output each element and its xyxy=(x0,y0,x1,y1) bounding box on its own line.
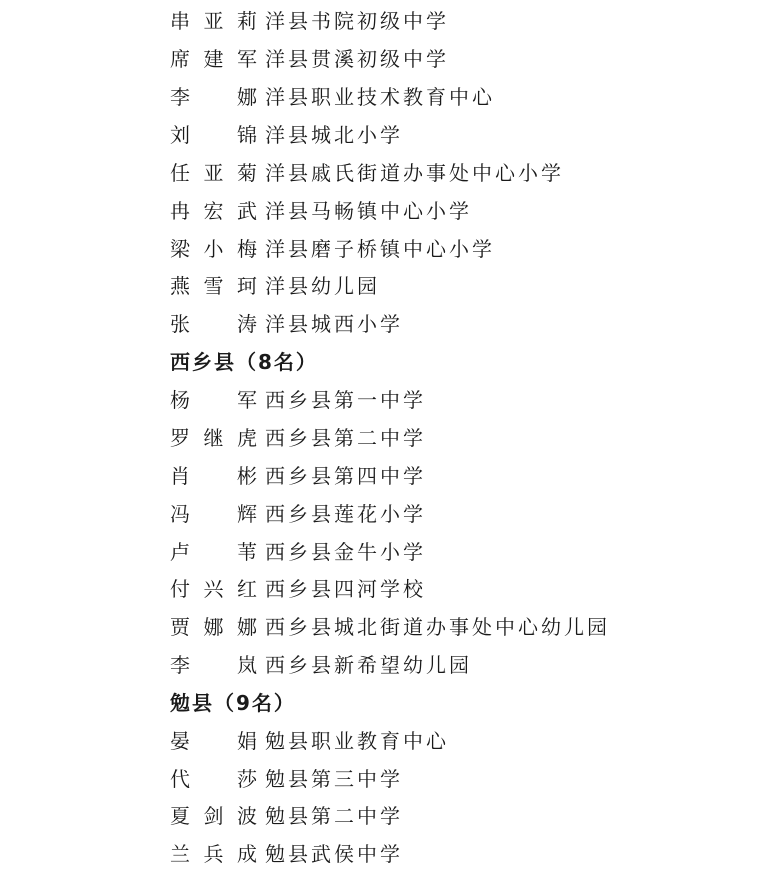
organization: 西乡县莲花小学 xyxy=(265,495,426,533)
person-name: 夏剑波 xyxy=(170,797,260,835)
organization: 洋县戚氏街道办事处中心小学 xyxy=(265,154,564,192)
person-name: 串亚莉 xyxy=(170,2,260,40)
person-name: 兰兵成 xyxy=(170,835,260,873)
person-name: 卢苇 xyxy=(170,533,260,571)
section-heading-mianxian: 勉县（9名） xyxy=(170,684,296,722)
organization: 西乡县第二中学 xyxy=(265,419,426,457)
person-name: 任亚菊 xyxy=(170,154,260,192)
person-name: 梁小梅 xyxy=(170,230,260,268)
organization: 洋县城北小学 xyxy=(265,116,403,154)
person-name: 席建军 xyxy=(170,40,260,78)
person-name: 刘锦 xyxy=(170,116,260,154)
person-name: 杨军 xyxy=(170,381,260,419)
person-name: 燕雪珂 xyxy=(170,267,260,305)
person-name: 代莎 xyxy=(170,760,260,798)
organization: 勉县第三中学 xyxy=(265,760,403,798)
organization: 洋县书院初级中学 xyxy=(265,2,449,40)
organization: 勉县职业教育中心 xyxy=(265,722,449,760)
organization: 勉县武侯中学 xyxy=(265,835,403,873)
organization: 洋县职业技术教育中心 xyxy=(265,78,495,116)
person-name: 付兴红 xyxy=(170,570,260,608)
organization: 洋县幼儿园 xyxy=(265,267,380,305)
organization: 勉县第二中学 xyxy=(265,797,403,835)
organization: 西乡县第四中学 xyxy=(265,457,426,495)
organization: 洋县马畅镇中心小学 xyxy=(265,192,472,230)
person-name: 冯辉 xyxy=(170,495,260,533)
section-heading-xixiang: 西乡县（8名） xyxy=(170,343,318,381)
person-name: 肖彬 xyxy=(170,457,260,495)
organization: 西乡县新希望幼儿园 xyxy=(265,646,472,684)
person-name: 罗继虎 xyxy=(170,419,260,457)
organization: 西乡县城北街道办事处中心幼儿园 xyxy=(265,608,610,646)
person-name: 晏娟 xyxy=(170,722,260,760)
person-name: 李娜 xyxy=(170,78,260,116)
organization: 洋县磨子桥镇中心小学 xyxy=(265,230,495,268)
person-name: 李岚 xyxy=(170,646,260,684)
organization: 洋县城西小学 xyxy=(265,305,403,343)
organization: 西乡县第一中学 xyxy=(265,381,426,419)
person-name: 张涛 xyxy=(170,305,260,343)
person-name: 冉宏武 xyxy=(170,192,260,230)
person-name: 贾娜娜 xyxy=(170,608,260,646)
organization: 西乡县金牛小学 xyxy=(265,533,426,571)
organization: 洋县贯溪初级中学 xyxy=(265,40,449,78)
organization: 西乡县四河学校 xyxy=(265,570,426,608)
